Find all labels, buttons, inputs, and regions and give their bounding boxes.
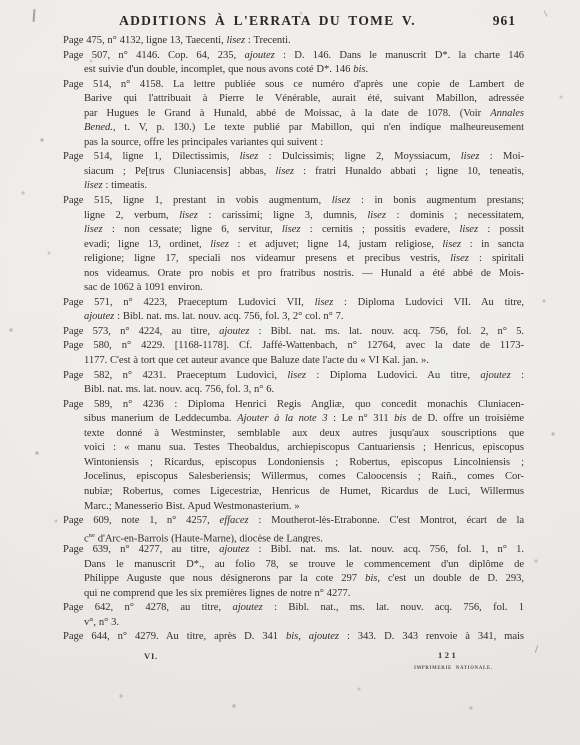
text-segment: Page 573, n° 4224, au titre,: [63, 326, 219, 337]
italic-text: lisez: [240, 151, 259, 162]
text-segment: 1177. C'est à tort que cet auteur avance…: [84, 355, 429, 366]
italic-text: Annales: [490, 108, 524, 119]
text-line: Page 642, n° 4278, au titre, ajoutez : B…: [63, 601, 524, 616]
italic-text: lisez: [84, 180, 103, 191]
text-segment: : dominis ; necessitatem,: [386, 210, 524, 221]
text-segment: evadi; ligne 13, ordinet,: [84, 239, 210, 250]
text-segment: ,: [298, 631, 309, 642]
text-segment: .: [365, 64, 368, 75]
italic-text: lisez: [275, 166, 294, 177]
text-segment: Page 639, n° 4277, au titre,: [63, 544, 219, 555]
text-segment: Page 514, ligne 1, Dilectissimis,: [63, 151, 240, 162]
text-line: lisez : timeatis.: [63, 179, 524, 194]
text-segment: : Trecenti.: [245, 35, 291, 46]
italic-text: bis: [365, 573, 377, 584]
text-segment: nos videamus. Orate pro nobis et pro fra…: [84, 268, 524, 279]
italic-text: bis: [353, 64, 365, 75]
text-line: Bened., t. V, p. 130.) Le texte publié p…: [63, 121, 524, 136]
text-segment: Marc.; Manesserio Bist. Apud Westmonaste…: [84, 501, 300, 512]
scanned-book-page: ADDITIONS À L'ERRATA DU TOME V. 961 Page…: [0, 0, 580, 745]
italic-text: ajoutez: [84, 311, 114, 322]
ink-mark-bottom-right: [535, 645, 539, 653]
text-line: v°, n° 3.: [63, 616, 524, 631]
text-segment: est suivie d'un double, incomplet, que n…: [84, 64, 353, 75]
printer-imprint: IMPRIMERIE NATIONALE.: [414, 666, 493, 671]
text-segment: , t. V, p. 130.) Le texte publié par Mab…: [113, 122, 524, 133]
text-segment: sac de 1062 à 1091 environ.: [84, 282, 203, 293]
page-number: 961: [493, 13, 516, 29]
text-line: Philippe Auguste que nous désignerons pa…: [63, 572, 524, 587]
text-line: voici : « manu sua. Testes Theobaldus, a…: [63, 441, 524, 456]
text-line: Page 644, n° 4279. Au titre, après D. 34…: [63, 630, 524, 645]
text-segment: : in bonis augmentum prestans;: [350, 195, 524, 206]
page-title: ADDITIONS À L'ERRATA DU TOME V.: [63, 13, 472, 29]
text-segment: : Diploma Ludovici. Au titre,: [306, 370, 480, 381]
italic-text: ajoutez: [244, 50, 274, 61]
italic-text: lisez: [84, 224, 103, 235]
italic-text: lisez: [315, 297, 334, 308]
text-segment: : cernitis ; possitis evadere,: [300, 224, 459, 235]
text-line: Page 515, ligne 1, prestant in vobis aug…: [63, 194, 524, 209]
text-line: par Hugues le Grand à Hunald, abbé de Mo…: [63, 107, 524, 122]
text-segment: Bibl. nat. ms. lat. nouv. acq. 756, fol.…: [84, 384, 274, 395]
text-segment: sibus manerium de Leddecumba.: [84, 413, 237, 424]
text-line: Page 507, n° 4146. Cop. 64, 235, ajoutez…: [63, 49, 524, 64]
paper-noise: [0, 0, 2, 2]
text-segment: : Bibl. nat. ms. lat. nouv. acq. 756, fo…: [249, 544, 524, 555]
page-header: ADDITIONS À L'ERRATA DU TOME V. 961: [63, 13, 524, 31]
italic-text: lisez: [179, 210, 198, 221]
italic-text: effacez: [220, 515, 249, 526]
text-segment: religione; ligne 17, speciali nos videam…: [84, 253, 450, 264]
text-line: Page 573, n° 4224, au titre, ajoutez : B…: [63, 325, 524, 340]
italic-text: ajoutez: [219, 544, 249, 555]
text-segment: Wintoniensis ; Ricardus, episcopus Londo…: [84, 457, 524, 468]
text-segment: : Dulcissimis; ligne 2, Moyssiacum,: [258, 151, 461, 162]
text-segment: : possit: [478, 224, 524, 235]
text-line: nubiæ; Robertus, comes Ligecestriæ, Henr…: [63, 485, 524, 500]
text-line: Bibl. nat. ms. lat. nouv. acq. 756, fol.…: [63, 383, 524, 398]
text-segment: de D. offre un troisième: [406, 413, 524, 424]
text-line: pas la source, offre les principales var…: [63, 136, 524, 151]
text-segment: Page 515, ligne 1, prestant in vobis aug…: [63, 195, 332, 206]
text-line: evadi; ligne 13, ordinet, lisez : et adj…: [63, 238, 524, 253]
italic-text: lisez: [226, 35, 245, 46]
text-line: Page 514, n° 4158. La lettre publiée sou…: [63, 78, 524, 93]
text-block: Page 475, n° 4132, ligne 13, Taecenti, l…: [63, 34, 524, 645]
text-segment: d'Arc-en-Barrois (Haute-Marne), diocèse …: [95, 533, 323, 543]
text-line: Page 589, n° 4236 : Diploma Henrici Regi…: [63, 398, 524, 413]
text-segment: : et adjuvet; ligne 14, justam religiose…: [229, 239, 443, 250]
text-segment: : fratri Hunaldo abbati ; ligne 10, tene…: [294, 166, 524, 177]
text-segment: : timeatis.: [103, 180, 147, 191]
ink-mark-top-right: [543, 10, 547, 17]
text-segment: : Bibl. nat. ms. lat. nouv. acq. 756, fo…: [114, 311, 343, 322]
italic-text: lisez: [367, 210, 386, 221]
text-segment: qui ne comprend que les six premières li…: [84, 588, 350, 599]
text-segment: v°, n° 3.: [84, 617, 119, 628]
signature-number: 121: [438, 650, 458, 660]
text-line: est suivie d'un double, incomplet, que n…: [63, 63, 524, 78]
italic-text: lisez: [210, 239, 229, 250]
text-segment: nubiæ; Robertus, comes Ligecestriæ, Henr…: [84, 486, 524, 497]
text-segment: Page 514, n° 4158. La lettre publiée sou…: [63, 79, 524, 90]
italic-text: bis: [394, 413, 406, 424]
italic-text: lisez: [332, 195, 351, 206]
text-segment: : Moi-: [479, 151, 524, 162]
italic-text: ajoutez: [309, 631, 339, 642]
text-segment: : Moutherot-lès-Etrabonne. C'est Montrot…: [249, 515, 524, 526]
text-segment: voici : « manu sua. Testes Theobaldus, a…: [84, 442, 524, 453]
text-line: nos videamus. Orate pro nobis et pro fra…: [63, 267, 524, 282]
italic-text: lisez: [442, 239, 461, 250]
italic-text: Ajouter à la note 3: [237, 413, 327, 424]
text-segment: siacum ; Pe[trus Cluniacensis] abbas,: [84, 166, 275, 177]
text-segment: Page 580, n° 4229. [1168-1178]. Cf. Jaff…: [63, 340, 524, 351]
text-segment: Page 571, n° 4223, Praeceptum Ludovici V…: [63, 297, 315, 308]
text-segment: Dans le manuscrit D*., au folio 78, se t…: [84, 559, 524, 570]
text-segment: pas la source, offre les principales var…: [84, 137, 323, 148]
text-line: cne d'Arc-en-Barrois (Haute-Marne), dioc…: [63, 529, 524, 544]
text-segment: Page 582, n° 4231. Praeceptum Ludovici,: [63, 370, 287, 381]
text-segment: : Le n° 311: [328, 413, 395, 424]
text-line: Page 582, n° 4231. Praeceptum Ludovici, …: [63, 369, 524, 384]
text-line: Page 639, n° 4277, au titre, ajoutez : B…: [63, 543, 524, 558]
text-line: Wintoniensis ; Ricardus, episcopus Londo…: [63, 456, 524, 471]
text-line: qui ne comprend que les six premières li…: [63, 587, 524, 602]
text-line: sac de 1062 à 1091 environ.: [63, 281, 524, 296]
text-segment: : D. 146. Dans le manuscrit D*. la chart…: [275, 50, 524, 61]
italic-text: Bened.: [84, 122, 113, 133]
text-line: Page 475, n° 4132, ligne 13, Taecenti, l…: [63, 34, 524, 49]
ink-mark-top-left: [33, 9, 35, 22]
italic-text: lisez: [287, 370, 306, 381]
text-line: siacum ; Pe[trus Cluniacensis] abbas, li…: [63, 165, 524, 180]
text-line: religione; ligne 17, speciali nos videam…: [63, 252, 524, 267]
text-line: 1177. C'est à tort que cet auteur avance…: [63, 354, 524, 369]
text-segment: ligne 2, verbum,: [84, 210, 179, 221]
text-segment: Barive qui l'attribuait à Pierre le Véné…: [84, 93, 524, 104]
italic-text: ajoutez: [480, 370, 510, 381]
text-line: Page 571, n° 4223, Praeceptum Ludovici V…: [63, 296, 524, 311]
text-segment: Page 644, n° 4279. Au titre, après D. 34…: [63, 631, 286, 642]
italic-text: lisez: [450, 253, 469, 264]
italic-text: ajoutez: [232, 602, 262, 613]
text-segment: Jocelinus, episcopus Salesberiensis; Wil…: [84, 471, 524, 482]
text-line: Barive qui l'attribuait à Pierre le Véné…: [63, 92, 524, 107]
italic-text: bis: [286, 631, 298, 642]
text-line: texte donné à Westminster, semblable aux…: [63, 427, 524, 442]
text-segment: : spiritali: [469, 253, 524, 264]
text-segment: : Diploma Ludovici VII. Au titre,: [333, 297, 524, 308]
text-segment: par Hugues le Grand à Hunald, abbé de Mo…: [84, 108, 490, 119]
text-segment: texte donné à Westminster, semblable aux…: [84, 428, 524, 439]
italic-text: ajoutez: [219, 326, 249, 337]
text-segment: Page 475, n° 4132, ligne 13, Taecenti,: [63, 35, 226, 46]
text-segment: : 343. D. 343 renvoie à 341, mais: [339, 631, 524, 642]
text-line: Page 609, note 1, n° 4257, effacez : Mou…: [63, 514, 524, 529]
text-segment: : Bibl. nat., ms. lat. nouv. acq. 756, f…: [263, 602, 524, 613]
volume-label: VI.: [144, 651, 158, 661]
text-segment: : in sancta: [461, 239, 524, 250]
text-line: lisez : non cessate; ligne 6, servitur, …: [63, 223, 524, 238]
text-segment: : Bibl. nat. ms. lat. nouv. acq. 756, fo…: [249, 326, 524, 337]
text-segment: Page 507, n° 4146. Cop. 64, 235,: [63, 50, 244, 61]
text-segment: Philippe Auguste que nous désignerons pa…: [84, 573, 365, 584]
text-segment: : carissimi; ligne 3, dumnis,: [198, 210, 367, 221]
italic-text: lisez: [461, 151, 480, 162]
text-segment: Page 642, n° 4278, au titre,: [63, 602, 232, 613]
text-segment: Page 609, note 1, n° 4257,: [63, 515, 220, 526]
text-line: ligne 2, verbum, lisez : carissimi; lign…: [63, 209, 524, 224]
text-line: Page 580, n° 4229. [1168-1178]. Cf. Jaff…: [63, 339, 524, 354]
text-segment: : non cessate; ligne 6, servitur,: [103, 224, 282, 235]
text-line: Dans le manuscrit D*., au folio 78, se t…: [63, 558, 524, 573]
text-segment: Page 589, n° 4236 : Diploma Henrici Regi…: [63, 399, 524, 410]
text-line: sibus manerium de Leddecumba. Ajouter à …: [63, 412, 524, 427]
italic-text: lisez: [282, 224, 301, 235]
text-line: ajoutez : Bibl. nat. ms. lat. nouv. acq.…: [63, 310, 524, 325]
text-segment: , c'est un double de D. 293,: [377, 573, 524, 584]
italic-text: lisez: [459, 224, 478, 235]
text-line: Marc.; Manesserio Bist. Apud Westmonaste…: [63, 500, 524, 515]
text-line: Page 514, ligne 1, Dilectissimis, lisez …: [63, 150, 524, 165]
text-segment: :: [511, 370, 524, 381]
text-line: Jocelinus, episcopus Salesberiensis; Wil…: [63, 470, 524, 485]
